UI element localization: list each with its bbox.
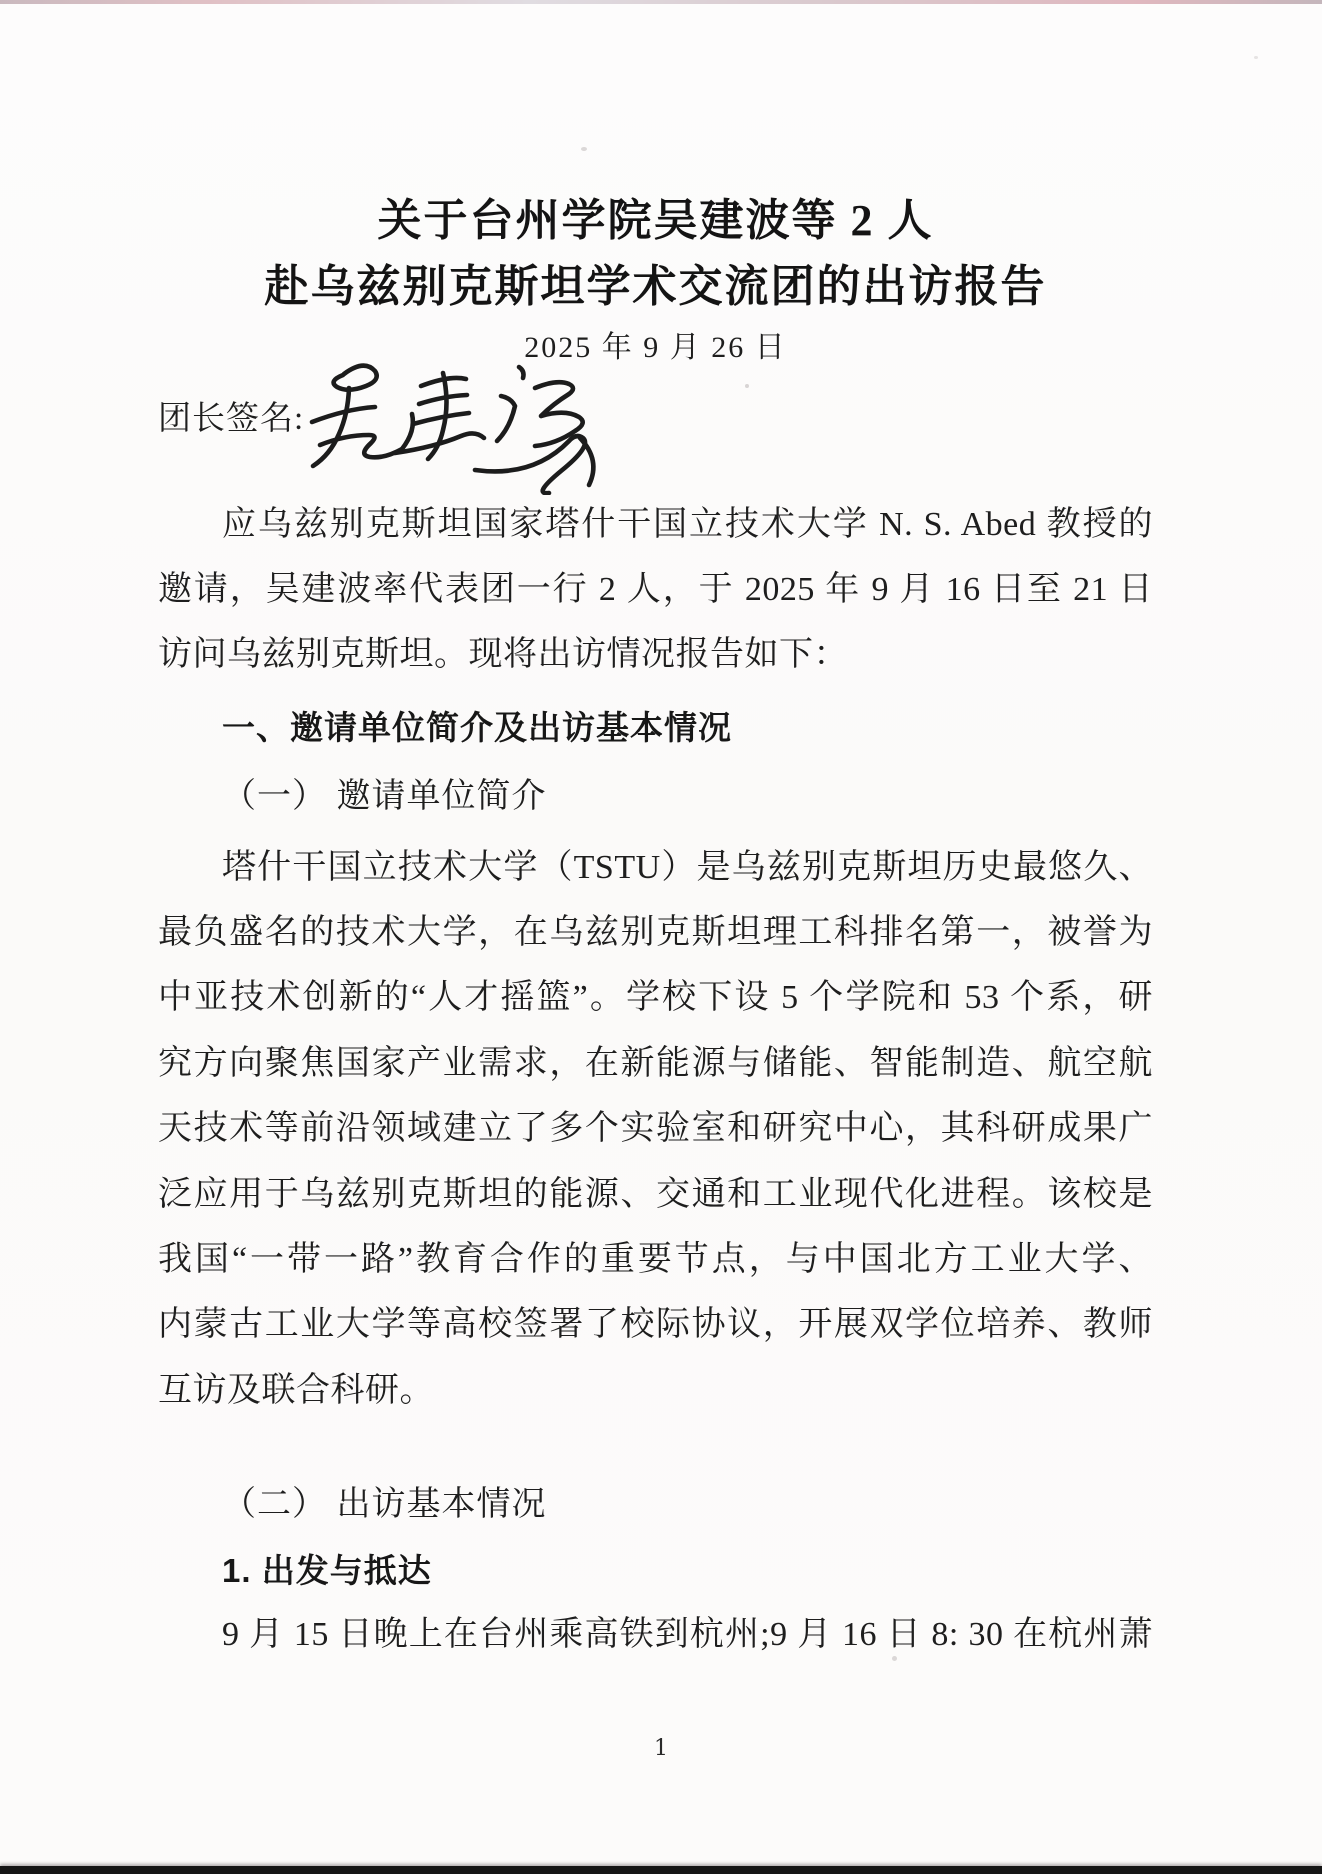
paragraph-line: 泛应用于乌兹别克斯坦的能源、交通和工业现代化进程。该校是 — [158, 1170, 1153, 1220]
section-heading-1: 一、邀请单位简介及出访基本情况 — [158, 703, 1153, 753]
report-title-line2: 赴乌兹别克斯坦学术交流团的出访报告 — [158, 256, 1153, 318]
paragraph-line: 应乌兹别克斯坦国家塔什干国立技术大学 N. S. Abed 教授的 — [158, 500, 1153, 550]
subsection-heading-2: （二） 出访基本情况 — [158, 1480, 1153, 1530]
paragraph-line: 塔什干国立技术大学（TSTU）是乌兹别克斯坦历史最悠久、 — [158, 843, 1153, 893]
paragraph-line: 内蒙古工业大学等高校签署了校际协议，开展双学位培养、教师 — [158, 1300, 1153, 1350]
scan-speck — [745, 384, 749, 388]
scan-top-edge — [0, 0, 1322, 4]
paragraph-line: 天技术等前沿领域建立了多个实验室和研究中心，其科研成果广 — [158, 1104, 1153, 1154]
subsection-heading-1: （一） 邀请单位简介 — [158, 772, 1153, 822]
signature-handwriting-icon — [282, 350, 627, 495]
scan-bottom-edge — [0, 1866, 1322, 1874]
paragraph-line: 邀请，吴建波率代表团一行 2 人，于 2025 年 9 月 16 日至 21 日 — [158, 565, 1153, 615]
scan-speck — [1254, 56, 1258, 59]
paragraph-line: 互访及联合科研。 — [158, 1366, 1153, 1416]
paragraph-line: 访问乌兹别克斯坦。现将出访情况报告如下： — [158, 630, 1153, 680]
scan-speck — [581, 147, 587, 151]
paragraph-line: 我国“一带一路”教育合作的重要节点，与中国北方工业大学、 — [158, 1235, 1153, 1285]
page-number: 1 — [0, 1736, 1322, 1761]
numbered-heading-1: 1. 出发与抵达 — [158, 1546, 1153, 1596]
paragraph-line: 究方向聚焦国家产业需求，在新能源与储能、智能制造、航空航 — [158, 1039, 1153, 1089]
paragraph-line: 中亚技术创新的“人才摇篮”。学校下设 5 个学院和 53 个系，研 — [158, 973, 1153, 1023]
document-page: 关于台州学院吴建波等 2 人 赴乌兹别克斯坦学术交流团的出访报告 2025 年 … — [0, 0, 1322, 1874]
report-title-line1: 关于台州学院吴建波等 2 人 — [158, 190, 1153, 252]
paragraph-line: 最负盛名的技术大学，在乌兹别克斯坦理工科排名第一，被誉为 — [158, 908, 1153, 958]
scan-speck — [892, 1656, 897, 1661]
paragraph-line: 9 月 15 日晚上在台州乘高铁到杭州;9 月 16 日 8: 30 在杭州萧 — [158, 1610, 1153, 1660]
